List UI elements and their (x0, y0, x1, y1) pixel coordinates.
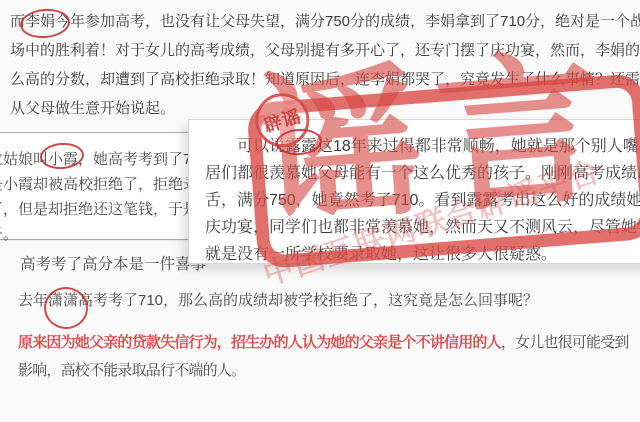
intro-line: 而李娟今年参加高考，也没有让父母失望，满分750分的成绩，李娟拿到了710分，绝… (10, 7, 640, 36)
conclusion-line: 原来因为她父亲的贷款失信行为，招生办的人认为她的父亲是个不讲信用的人，女儿也很可… (18, 329, 629, 357)
conclusion-red-text: 原来因为她父亲的贷款失信行为，招生办的人认为她的父亲是个不讲信用的人 (18, 334, 501, 351)
card-line: 可以说露露这18年来过得都非常顺畅，她就是那个别人嘴巴里那 (205, 133, 640, 160)
card-line: 舌，满分750，她竟然考了710。看到露露考出这么好的成绩她的父 (205, 187, 640, 214)
right-quote-card: 可以说露露这18年来过得都非常顺畅，她就是那个别人嘴巴里那 居们都很羡慕她父母能… (188, 119, 640, 264)
conclusion-gray-text: ，女儿也很可能受到 (501, 334, 629, 351)
card-line: 居们都很羡慕她父母能有一个这么优秀的孩子。刚刚高考成绩出来的 (205, 160, 640, 187)
card-line: 庆功宴，同学们也都非常羡慕她，然而天又不测风云，尽管她学习成 (205, 214, 640, 241)
mid-text-line: 高考考了高分本是一件喜事 (20, 252, 206, 274)
conclusion-line: 影响，高校不能录取品行不端的人。 (18, 357, 629, 385)
card-line: 就是没有一所学校要录取她，这让很多人很疑惑。 (205, 241, 640, 268)
xiaoxiao-text-line: 去年潇潇高考考了710，那么高的成绩却被学校拒绝了，这究竟是怎么回事呢？ (18, 289, 538, 310)
article-page: { "intro": { "lines": [ "而李娟今年参加高考，也没有让父… (0, 0, 640, 422)
conclusion-paragraph: 原来因为她父亲的贷款失信行为，招生办的人认为她的父亲是个不讲信用的人，女儿也很可… (18, 329, 629, 385)
intro-line: 么高的分数，却遭到了高校拒绝录取！知道原因后，连李娟都哭了，究竟发生了什么事情？… (10, 65, 640, 94)
intro-paragraph: 而李娟今年参加高考，也没有让父母失望，满分750分的成绩，李娟拿到了710分，绝… (10, 7, 640, 123)
intro-line: 场中的胜利着！对于女儿的高考成绩，父母别提有多开心了，还专门摆了庆功宴，然而，李… (10, 36, 640, 65)
